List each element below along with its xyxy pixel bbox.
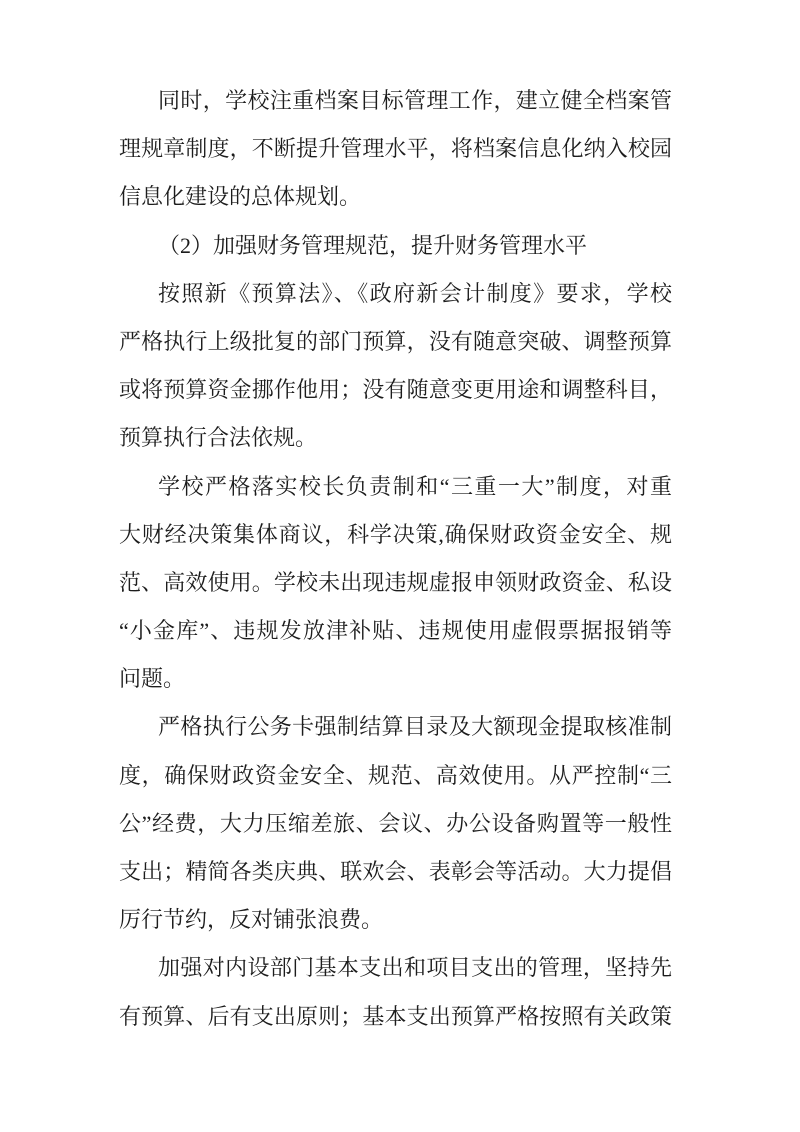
text-line: 信息化建设的总体规划。 [119, 173, 672, 221]
document-page: 同时，学校注重档案目标管理工作，建立健全档案管理规章制度，不断提升管理水平，将档… [0, 0, 800, 1132]
text-line: 学校严格落实校长负责制和“三重一大”制度，对重 [119, 463, 672, 511]
text-line: 严格执行上级批复的部门预算，没有随意突破、调整预算 [119, 318, 672, 366]
para-archives: 同时，学校注重档案目标管理工作，建立健全档案管理规章制度，不断提升管理水平，将档… [119, 77, 672, 222]
text-line: 范、高效使用。学校未出现违规虚报申领财政资金、私设 [119, 559, 672, 607]
para-department-expenditure: 加强对内设部门基本支出和项目支出的管理，坚持先有预算、后有支出原则；基本支出预算… [119, 944, 672, 1040]
text-line: 厉行节约，反对铺张浪费。 [119, 896, 672, 944]
text-line: 有预算、后有支出原则；基本支出预算严格按照有关政策 [119, 993, 672, 1041]
text-line: 度，确保财政资金安全、规范、高效使用。从严控制“三 [119, 752, 672, 800]
para-official-card: 严格执行公务卡强制结算目录及大额现金提取核准制度，确保财政资金安全、规范、高效使… [119, 703, 672, 944]
para-principal-responsibility: 学校严格落实校长负责制和“三重一大”制度，对重大财经决策集体商议，科学决策,确保… [119, 463, 672, 704]
text-line: 问题。 [119, 655, 672, 703]
text-line: 或将预算资金挪作他用；没有随意变更用途和调整科目， [119, 366, 672, 414]
text-line: 加强对内设部门基本支出和项目支出的管理，坚持先 [119, 944, 672, 992]
text-line: 按照新《预算法》、《政府新会计制度》要求，学校 [119, 270, 672, 318]
text-line: 支出；精简各类庆典、联欢会、表彰会等活动。大力提倡 [119, 848, 672, 896]
text-line: （2）加强财务管理规范，提升财务管理水平 [119, 222, 672, 270]
text-line: 同时，学校注重档案目标管理工作，建立健全档案管 [119, 77, 672, 125]
text-line: 理规章制度，不断提升管理水平，将档案信息化纳入校园 [119, 125, 672, 173]
document-body: 同时，学校注重档案目标管理工作，建立健全档案管理规章制度，不断提升管理水平，将档… [119, 77, 672, 1041]
para-heading-2: （2）加强财务管理规范，提升财务管理水平 [119, 222, 672, 270]
text-line: 预算执行合法依规。 [119, 414, 672, 462]
text-line: 严格执行公务卡强制结算目录及大额现金提取核准制 [119, 703, 672, 751]
text-line: “小金库”、违规发放津补贴、违规使用虚假票据报销等 [119, 607, 672, 655]
text-line: 大财经决策集体商议，科学决策,确保财政资金安全、规 [119, 511, 672, 559]
text-line: 公”经费，大力压缩差旅、会议、办公设备购置等一般性 [119, 800, 672, 848]
para-budget-law: 按照新《预算法》、《政府新会计制度》要求，学校严格执行上级批复的部门预算，没有随… [119, 270, 672, 463]
